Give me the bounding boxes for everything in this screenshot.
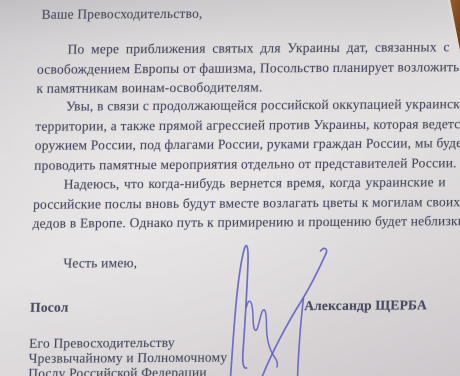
closing-formula: Честь имею, [63,251,460,273]
signature-row: Посол Александр ЩЕРБА [30,295,443,317]
paragraph-3-line-2: российские послы вновь будут вместе возл… [33,192,446,214]
paragraph-2-line-3: оружием России, под флагами России, рука… [35,133,448,155]
paragraph-2-line-1: Увы, в связи с продолжающейся российской… [36,94,449,116]
paragraph-2: Увы, в связи с продолжающейся российской… [34,94,448,175]
recipient-address: Его Превосходительству Чрезвычайному и П… [28,333,441,376]
paragraph-3-line-1: Надеюсь, что когда-нибудь вернется время… [33,172,446,194]
recipient-line-3: Послу Российской Федерации [28,363,441,376]
signer-title: Посол [30,298,69,318]
paragraph-1: По мере приближения святых для Украины д… [36,37,450,98]
paragraph-1-line-2: освобождением Европы от фашизма, Посольс… [37,57,450,79]
paragraph-3: Надеюсь, что когда-нибудь вернется время… [32,172,446,233]
paragraph-2-line-4: проводить памятные мероприятия отдельно … [34,153,447,175]
letter-photo: Ваше Превосходительство, По мере приближ… [0,0,460,376]
paragraph-2-line-2: территории, а также прямой агрессией про… [35,114,448,136]
letter-content: Ваше Превосходительство, По мере приближ… [0,0,460,376]
paragraph-3-line-3: дедов в Европе. Однако путь к примирению… [32,211,445,233]
salutation: Ваше Превосходительство, [41,2,454,24]
signer-name: Александр ЩЕРБА [304,295,427,315]
paragraph-1-line-1: По мере приближения святых для Украины д… [37,37,450,59]
